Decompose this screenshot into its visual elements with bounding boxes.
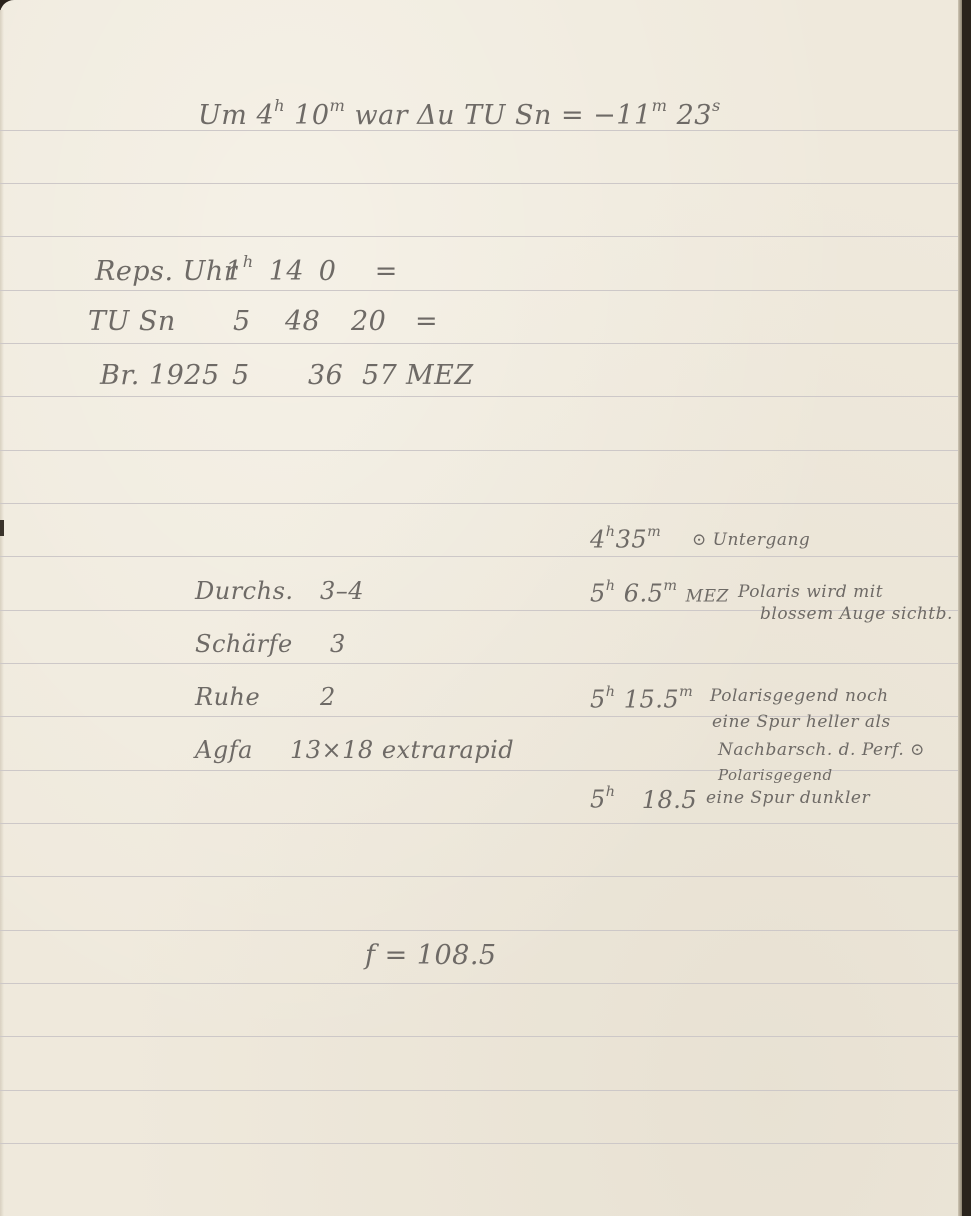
condition-value: 3 xyxy=(330,630,346,658)
observation-note: blossem Auge sichtb. xyxy=(760,604,953,624)
observation-note: Polaris wird mit xyxy=(738,582,883,602)
rule-line xyxy=(0,183,958,184)
observation-note: Polarisgegend xyxy=(718,766,833,784)
observation-note: eine Spur heller als xyxy=(712,712,891,732)
sup-hours: h xyxy=(606,684,616,700)
heading-clock-correction: Um 4h 10m war Δu TU Sn = −11m 23s xyxy=(198,96,721,131)
clock-label: TU Sn xyxy=(88,306,233,337)
note-line: eine Spur dunkler xyxy=(706,788,870,808)
observation-time: 4h35m xyxy=(590,524,661,554)
clock-hours: 5 xyxy=(233,306,285,337)
observation-note: eine Spur dunkler xyxy=(706,788,870,808)
clock-row-reps-uhr: Reps. Uhr1h 140= xyxy=(95,252,398,287)
rule-line xyxy=(0,663,958,664)
heading-part: 10 xyxy=(285,100,329,131)
obs-hours: 5 xyxy=(590,686,606,714)
obs-minutes: 6.5 xyxy=(624,580,664,608)
clock-minutes: 48 xyxy=(285,306,351,337)
obs-hours: 4 xyxy=(590,526,606,554)
clock-suffix: = xyxy=(415,306,438,337)
observation-time: 5h 15.5m xyxy=(590,684,693,714)
rule-line xyxy=(0,343,958,344)
clock-row-br-1925: Br. 192553657MEZ xyxy=(100,360,474,391)
sup-minutes: m xyxy=(679,684,693,700)
note-line: ⊙ Untergang xyxy=(692,530,810,550)
note-line: Polarisgegend xyxy=(718,766,833,784)
condition-sharpness: Schärfe3 xyxy=(195,630,346,658)
observation-time: 5h 6.5m MEZ xyxy=(590,578,729,608)
obs-hours: 5 xyxy=(590,580,606,608)
clock-zone: MEZ xyxy=(406,360,474,391)
rule-line xyxy=(0,236,958,237)
sup-hours: h xyxy=(606,524,616,540)
observation-note: ⊙ Untergang xyxy=(692,530,810,550)
condition-label: Schärfe xyxy=(195,630,330,658)
clock-minutes: 14 xyxy=(269,256,319,287)
condition-steadiness: Ruhe2 xyxy=(195,683,336,711)
observation-note: Nachbarsch. d. Perf. ⊙ xyxy=(718,740,925,760)
sup-minutes: m xyxy=(330,96,346,115)
obs-hours: 5 xyxy=(590,786,606,814)
condition-label: Ruhe xyxy=(195,683,320,711)
sup-hours: h xyxy=(274,96,285,115)
sup-hours: h xyxy=(606,784,616,800)
sup-minutes: m xyxy=(652,96,668,115)
sup-hours: h xyxy=(243,252,254,271)
condition-label: Agfa xyxy=(195,736,290,764)
binding-mark xyxy=(0,520,4,536)
obs-minutes: 18.5 xyxy=(642,786,697,814)
rule-line xyxy=(0,823,958,824)
focal-length: f = 108.5 xyxy=(365,940,497,971)
sup-hours: h xyxy=(606,578,616,594)
clock-hours: 5 xyxy=(232,360,308,391)
clock-seconds: 20 xyxy=(351,306,415,337)
condition-value: 13×18 extrarapid xyxy=(290,736,514,764)
note-line: Polarisgegend noch xyxy=(710,686,889,706)
rule-line xyxy=(0,1143,958,1144)
notebook-page: Um 4h 10m war Δu TU Sn = −11m 23s Reps. … xyxy=(0,0,962,1216)
sup-seconds: s xyxy=(712,96,721,115)
condition-label: Durchs. xyxy=(195,577,320,605)
heading-part: 23 xyxy=(667,100,711,131)
rule-line xyxy=(0,450,958,451)
clock-seconds: 0 xyxy=(319,256,375,287)
rule-line xyxy=(0,556,958,557)
rule-line xyxy=(0,930,958,931)
heading-part: Um 4 xyxy=(198,100,274,131)
rule-line xyxy=(0,290,958,291)
obs-minutes: 35 xyxy=(616,526,648,554)
rule-line xyxy=(0,876,958,877)
note-line: blossem Auge sichtb. xyxy=(760,604,953,624)
rule-line xyxy=(0,396,958,397)
clock-seconds: 57 xyxy=(362,360,406,391)
rule-line xyxy=(0,503,958,504)
heading-part: war Δu TU Sn = −11 xyxy=(345,100,651,131)
sup-minutes: m xyxy=(663,578,677,594)
observation-note: Polarisgegend noch xyxy=(710,686,889,706)
clock-label: Reps. Uhr xyxy=(95,256,225,287)
page-right-edge xyxy=(958,0,962,1216)
obs-zone: MEZ xyxy=(686,587,729,607)
observation-time: 5h 18.5 xyxy=(590,784,697,814)
focal-length-value: f = 108.5 xyxy=(365,940,497,971)
rule-line xyxy=(0,983,958,984)
condition-plate: Agfa13×18 extrarapid xyxy=(195,736,514,764)
clock-label: Br. 1925 xyxy=(100,360,232,391)
clock-minutes: 36 xyxy=(308,360,362,391)
clock-row-tu-sn: TU Sn54820= xyxy=(88,306,438,337)
condition-value: 3–4 xyxy=(320,577,364,605)
obs-minutes: 15.5 xyxy=(624,686,679,714)
note-line: Polaris wird mit xyxy=(738,582,883,602)
rule-line xyxy=(0,1036,958,1037)
clock-suffix: = xyxy=(375,256,398,287)
sup-minutes: m xyxy=(647,524,661,540)
note-line: Nachbarsch. d. Perf. ⊙ xyxy=(718,740,925,760)
condition-value: 2 xyxy=(320,683,336,711)
clock-hours: 1 xyxy=(225,256,243,287)
rule-line xyxy=(0,1090,958,1091)
note-line: eine Spur heller als xyxy=(712,712,891,732)
condition-transparency: Durchs.3–4 xyxy=(195,577,364,605)
